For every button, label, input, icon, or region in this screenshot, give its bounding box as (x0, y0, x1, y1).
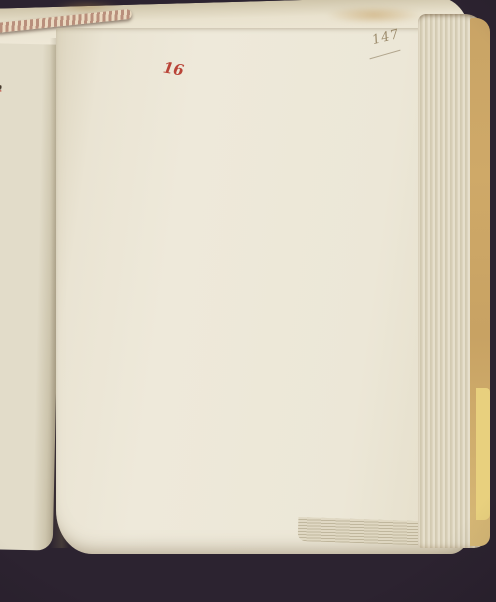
edge-stain (326, 6, 422, 24)
text-run: ē ſupra. (0, 85, 1, 91)
quire-signature-mark: 16 (162, 58, 185, 79)
vellum-cover-edge (476, 388, 490, 520)
book-photo: kmult. etſcr dīninſi in cormulier. ſiē i… (0, 0, 496, 602)
text-line: ē ſupra. (0, 85, 1, 91)
recto-page (56, 28, 472, 554)
facing-page-text: kmult. etſcr dīninſi in cormulier. ſiē i… (0, 85, 43, 86)
